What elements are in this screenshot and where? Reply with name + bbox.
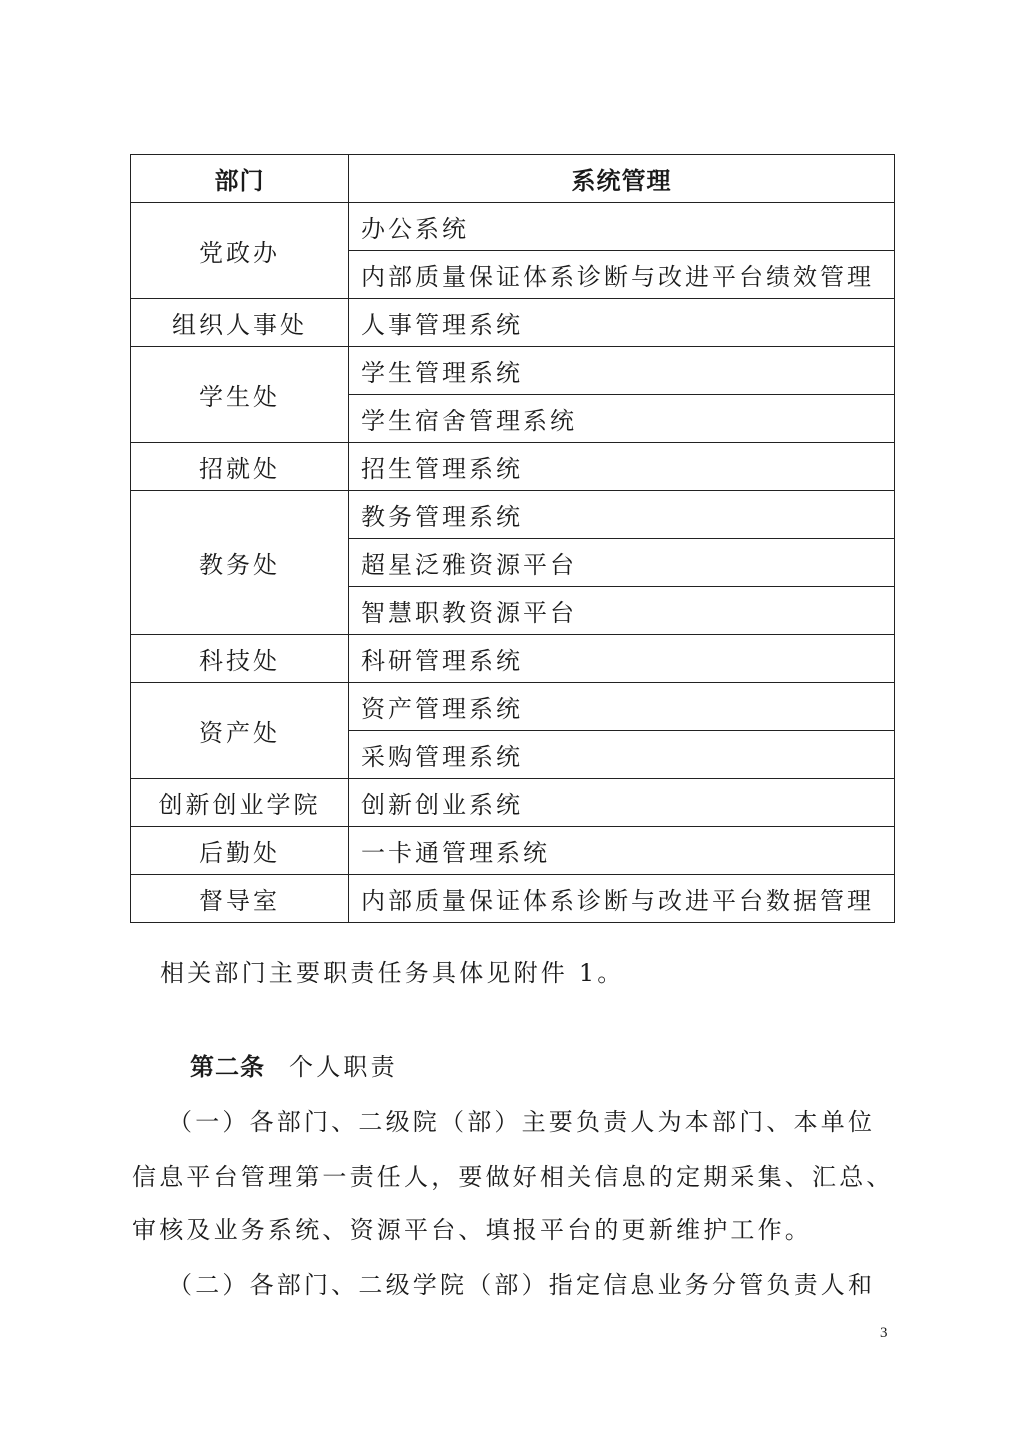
table-row: 后勤处 一卡通管理系统 <box>131 827 895 875</box>
header-system-management: 系统管理 <box>349 155 895 203</box>
system-cell: 创新创业系统 <box>349 779 895 827</box>
paragraph-1-line-3: 审核及业务系统、资源平台、填报平台的更新维护工作。 <box>132 1210 812 1245</box>
document-page: 部门 系统管理 党政办 办公系统 内部质量保证体系诊断与改进平台绩效管理 组织人… <box>0 0 1024 1448</box>
table-row: 督导室 内部质量保证体系诊断与改进平台数据管理 <box>131 875 895 923</box>
table-row: 教务处 教务管理系统 <box>131 491 895 539</box>
system-cell: 科研管理系统 <box>349 635 895 683</box>
dept-cell: 招就处 <box>131 443 349 491</box>
page-number: 3 <box>880 1325 888 1342</box>
dept-cell: 后勤处 <box>131 827 349 875</box>
paragraph-2-line-1: （二）各部门、二级学院（部）指定信息业务分管负责人和 <box>168 1265 875 1300</box>
system-cell: 学生管理系统 <box>349 347 895 395</box>
dept-cell: 创新创业学院 <box>131 779 349 827</box>
table-row: 科技处 科研管理系统 <box>131 635 895 683</box>
article-title: 个人职责 <box>289 1053 398 1081</box>
system-cell: 教务管理系统 <box>349 491 895 539</box>
article-label: 第二条 <box>190 1052 265 1081</box>
dept-cell: 督导室 <box>131 875 349 923</box>
system-cell: 招生管理系统 <box>349 443 895 491</box>
attachment-note: 相关部门主要职责任务具体见附件 1。 <box>160 953 625 988</box>
system-cell: 人事管理系统 <box>349 299 895 347</box>
dept-cell: 资产处 <box>131 683 349 779</box>
header-department: 部门 <box>131 155 349 203</box>
table-row: 学生处 学生管理系统 <box>131 347 895 395</box>
dept-cell: 党政办 <box>131 203 349 299</box>
system-cell: 超星泛雅资源平台 <box>349 539 895 587</box>
table-header-row: 部门 系统管理 <box>131 155 895 203</box>
system-cell: 办公系统 <box>349 203 895 251</box>
system-cell: 学生宿舍管理系统 <box>349 395 895 443</box>
table-row: 资产处 资产管理系统 <box>131 683 895 731</box>
table-row: 党政办 办公系统 <box>131 203 895 251</box>
article-heading: 第二条个人职责 <box>190 1047 398 1082</box>
table-row: 创新创业学院 创新创业系统 <box>131 779 895 827</box>
system-cell: 智慧职教资源平台 <box>349 587 895 635</box>
system-cell: 一卡通管理系统 <box>349 827 895 875</box>
paragraph-1-line-1: （一）各部门、二级院（部）主要负责人为本部门、本单位 <box>168 1102 875 1137</box>
paragraph-1-line-2: 信息平台管理第一责任人，要做好相关信息的定期采集、汇总、 <box>132 1157 894 1192</box>
table-row: 组织人事处 人事管理系统 <box>131 299 895 347</box>
dept-cell: 科技处 <box>131 635 349 683</box>
system-cell: 内部质量保证体系诊断与改进平台绩效管理 <box>349 251 895 299</box>
dept-cell: 教务处 <box>131 491 349 635</box>
system-cell: 采购管理系统 <box>349 731 895 779</box>
system-cell: 内部质量保证体系诊断与改进平台数据管理 <box>349 875 895 923</box>
dept-cell: 组织人事处 <box>131 299 349 347</box>
dept-cell: 学生处 <box>131 347 349 443</box>
table-row: 招就处 招生管理系统 <box>131 443 895 491</box>
department-system-table: 部门 系统管理 党政办 办公系统 内部质量保证体系诊断与改进平台绩效管理 组织人… <box>130 154 895 923</box>
system-cell: 资产管理系统 <box>349 683 895 731</box>
